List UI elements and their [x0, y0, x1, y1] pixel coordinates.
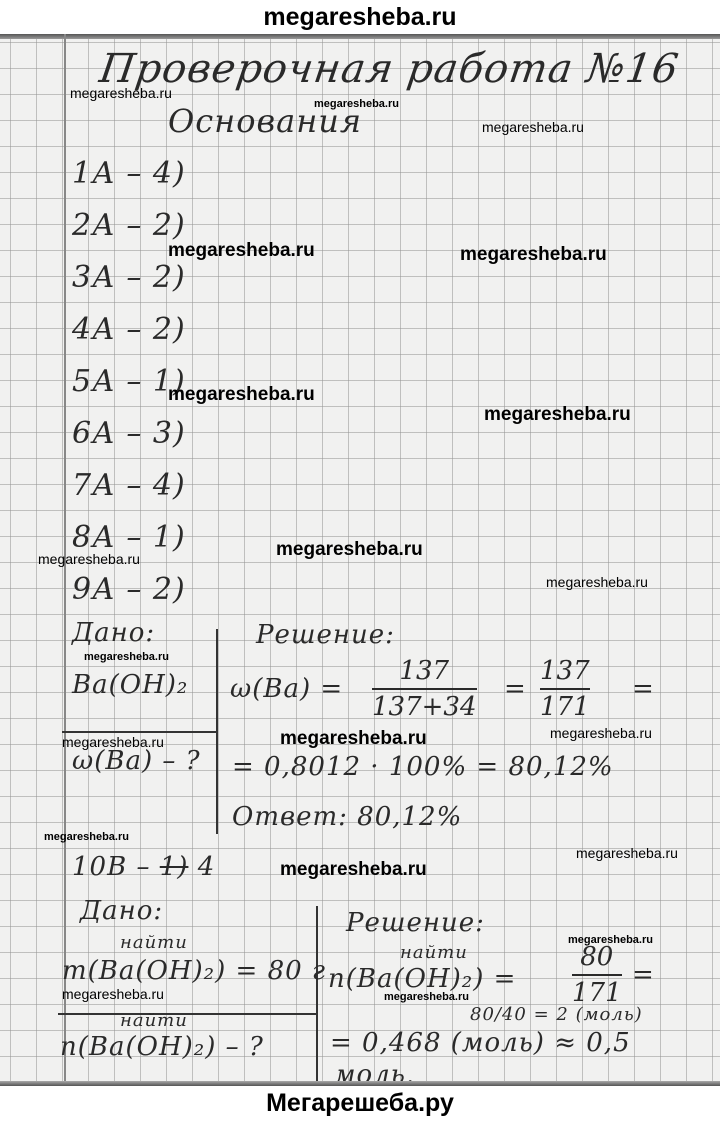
- solution-label: Решение:: [256, 620, 395, 650]
- watermark: megaresheba.ru: [44, 831, 129, 843]
- answer-row: 9А – 2): [72, 572, 186, 607]
- solution-line-2b: = 0,468 (моль) ≈ 0,5: [330, 1028, 631, 1058]
- page-title: Проверочная работа №16: [97, 46, 682, 92]
- watermark: megaresheba.ru: [276, 539, 423, 561]
- watermark: megaresheba.ru: [314, 98, 399, 110]
- watermark: megaresheba.ru: [484, 404, 631, 426]
- task-10-answer: 10В – 1) 4: [72, 852, 215, 882]
- solution-line-2: = 0,8012 · 100% = 80,12%: [232, 752, 614, 782]
- watermark: megaresheba.ru: [62, 734, 164, 750]
- answer-row: 1А – 4): [72, 156, 186, 191]
- watermark: megaresheba.ru: [460, 244, 607, 266]
- side-note: 80/40 = 2 (моль): [470, 1004, 643, 1025]
- given-divider-2: [316, 906, 318, 1086]
- formula-lhs: ω(Ba) =: [230, 674, 343, 704]
- answer-row: 4А – 2): [72, 312, 186, 347]
- solution-label-2: Решение:: [346, 908, 485, 938]
- watermark: megaresheba.ru: [168, 384, 315, 406]
- annotation: найти: [120, 1010, 188, 1031]
- watermark: megaresheba.ru: [550, 725, 652, 741]
- watermark: megaresheba.ru: [38, 551, 140, 567]
- given-label: Дано:: [72, 618, 155, 648]
- solution-line-3: моль.: [334, 1060, 415, 1086]
- watermark: megaresheba.ru: [546, 574, 648, 590]
- equals-sign: =: [504, 674, 527, 704]
- equals-sign: =: [632, 674, 655, 704]
- watermark: megaresheba.ru: [280, 728, 427, 750]
- given-find-divider-2: [58, 1013, 318, 1015]
- given-value-2: m(Ba(OH)₂) = 80 г: [62, 956, 326, 986]
- watermark: megaresheba.ru: [70, 85, 172, 101]
- given-value: Ba(OH)₂: [72, 670, 188, 700]
- watermark: megaresheba.ru: [384, 991, 469, 1003]
- top-watermark-banner: megaresheba.ru: [0, 0, 720, 34]
- fraction-2: 137171: [540, 656, 590, 722]
- notebook-page: Проверочная работа №16 Основания 1А – 4)…: [0, 34, 720, 1086]
- answer-text: Ответ: 80,12%: [232, 802, 462, 832]
- find-value-2: n(Ba(OH)₂) – ?: [60, 1032, 264, 1062]
- watermark: megaresheba.ru: [568, 934, 653, 946]
- answer-row: 6А – 3): [72, 416, 186, 451]
- equals-sign: =: [632, 960, 655, 990]
- watermark: megaresheba.ru: [482, 119, 584, 135]
- given-label-2: Дано:: [80, 896, 163, 926]
- answer-row: 8А – 1): [72, 520, 186, 555]
- answer-row: 2А – 2): [72, 208, 186, 243]
- annotation: найти: [400, 942, 468, 963]
- given-find-divider: [62, 731, 218, 733]
- watermark: megaresheba.ru: [62, 986, 164, 1002]
- watermark: megaresheba.ru: [84, 651, 169, 663]
- answer-row: 3А – 2): [72, 260, 186, 295]
- bottom-watermark-banner: Мегарешеба.ру: [0, 1086, 720, 1121]
- find-value: ω(Ba) – ?: [72, 746, 201, 776]
- fraction-3: 80171: [572, 942, 622, 1008]
- fraction-1: 137137+34: [372, 656, 477, 722]
- formula-lhs-2: n(Ba(OH)₂) =: [328, 964, 516, 994]
- watermark: megaresheba.ru: [168, 240, 315, 262]
- watermark: megaresheba.ru: [576, 845, 678, 861]
- watermark: megaresheba.ru: [280, 859, 427, 881]
- answer-row: 7А – 4): [72, 468, 186, 503]
- annotation: найти: [120, 932, 188, 953]
